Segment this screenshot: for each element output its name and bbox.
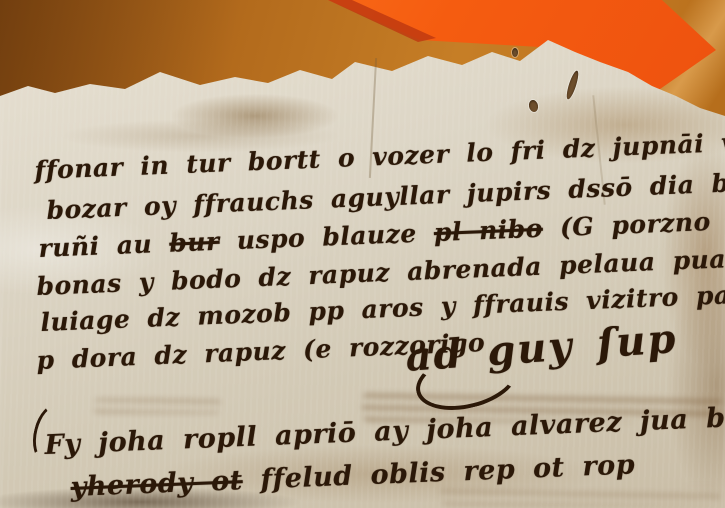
paper-hole [512,48,518,57]
ink-showthrough-smudge [92,398,222,414]
photo-of-manuscript: ffonar in tur bortt o vozer lo fri dz ju… [0,0,725,508]
line-3-struck-word: bur [169,227,220,258]
line-3-struck-word: pl nibo [433,214,543,247]
line-3-segment: ruñi au [38,229,170,263]
ink-showthrough-smudge [440,486,720,506]
